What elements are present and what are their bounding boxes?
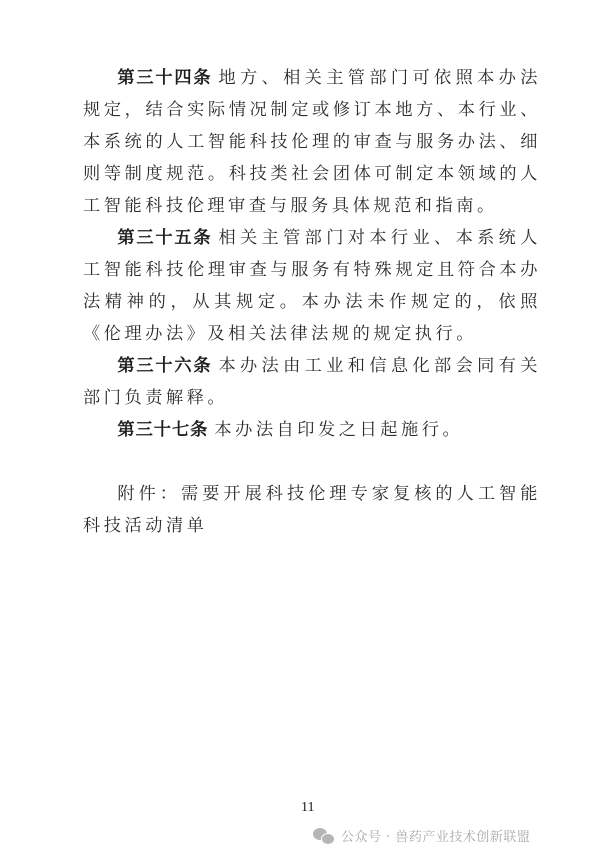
article-number: 第三十五条 [117,228,212,248]
article-text: 本办法自印发之日起施行。 [214,420,463,440]
article-37: 第三十七条本办法自印发之日起施行。 [83,414,541,446]
page-number: 11 [301,800,314,816]
watermark: 公众号 · 兽药产业技术创新联盟 [313,826,530,845]
wechat-icon [313,828,335,844]
article-number: 第三十六条 [117,356,212,376]
document-page: 第三十四条地方、相关主管部门可依照本办法规定，结合实际情况制定或修订本地方、本行… [83,62,541,542]
watermark-text: 公众号 · 兽药产业技术创新联盟 [341,826,530,845]
article-35: 第三十五条相关主管部门对本行业、本系统人工智能科技伦理审查与服务有特殊规定且符合… [83,222,541,350]
attachment-note: 附件：需要开展科技伦理专家复核的人工智能科技活动清单 [83,478,541,542]
article-34: 第三十四条地方、相关主管部门可依照本办法规定，结合实际情况制定或修订本地方、本行… [83,62,541,222]
article-number: 第三十四条 [117,68,212,88]
article-36: 第三十六条本办法由工业和信息化部会同有关部门负责解释。 [83,350,541,414]
article-number: 第三十七条 [117,420,208,440]
article-text: 地方、相关主管部门可依照本办法规定，结合实际情况制定或修订本地方、本行业、本系统… [83,68,541,216]
